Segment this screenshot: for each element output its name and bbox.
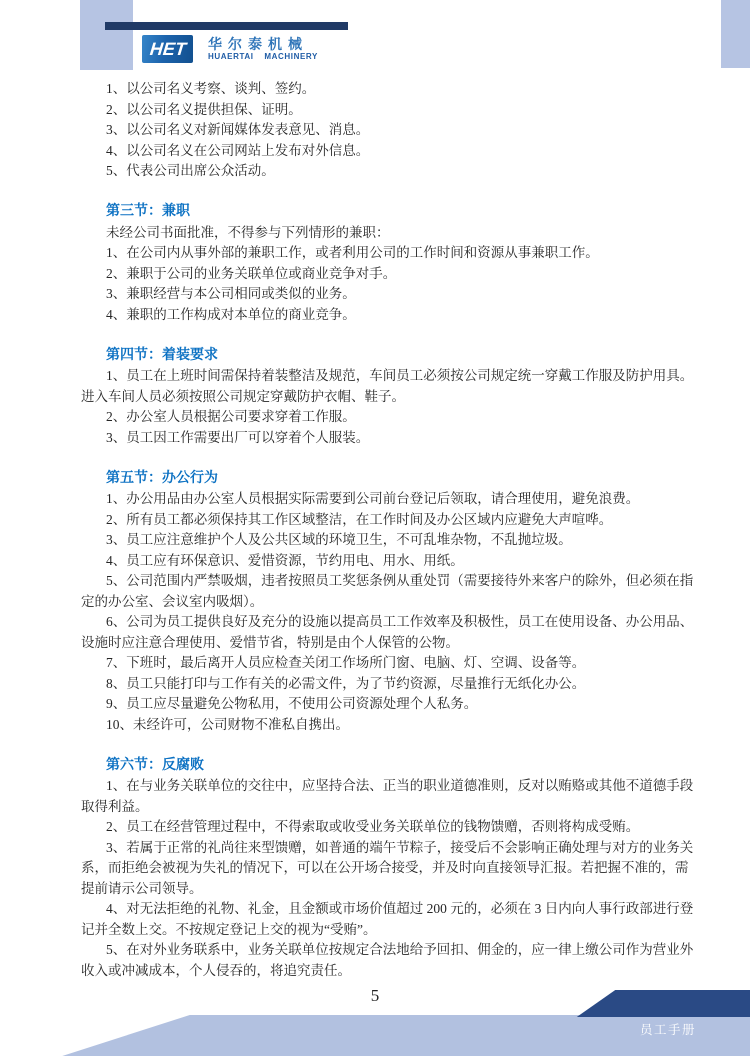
list-item: 3、以公司名义对新闻媒体发表意见、消息。: [81, 120, 701, 141]
paragraph: 3、兼职经营与本公司相同或类似的业务。: [81, 284, 701, 305]
paragraph: 4、兼职的工作构成对本单位的商业竞争。: [81, 305, 701, 326]
paragraph: 4、对无法拒绝的礼物、礼金，且金额或市场价值超过 200 元的，必须在 3 日内…: [81, 899, 701, 940]
section-heading: 第三节：兼职: [81, 202, 701, 223]
list-item: 5、代表公司出席公众活动。: [81, 161, 701, 182]
footer-label: 员工手册: [640, 1023, 696, 1037]
top-left-accent-block: [80, 0, 133, 70]
document-page: HET 华尔泰机械 HUAERTAI MACHINERY 1、以公司名义考察、谈…: [0, 0, 750, 1056]
paragraph: 1、在公司内从事外部的兼职工作，或者利用公司的工作时间和资源从事兼职工作。: [81, 243, 701, 264]
paragraph: 3、若属于正常的礼尚往来型馈赠，如普通的端午节粽子，接受后不会影响正确处理与对方…: [81, 838, 701, 900]
paragraph: 6、公司为员工提供良好及充分的设施以提高员工工作效率及积极性，员工在使用设备、办…: [81, 612, 701, 653]
paragraph: 1、员工在上班时间需保持着装整洁及规范，车间员工必须按公司规定统一穿戴工作服及防…: [81, 366, 701, 407]
section-heading: 第四节：着装要求: [81, 346, 701, 367]
paragraph: 未经公司书面批准，不得参与下列情形的兼职：: [81, 223, 701, 244]
paragraph: 8、员工只能打印与工作有关的必需文件，为了节约资源，尽量推行无纸化办公。: [81, 674, 701, 695]
paragraph: 9、员工应尽量避免公物私用，不使用公司资源处理个人私务。: [81, 694, 701, 715]
paragraph: 1、在与业务关联单位的交往中，应坚持合法、正当的职业道德准则，反对以贿赂或其他不…: [81, 776, 701, 817]
paragraph: 2、兼职于公司的业务关联单位或商业竞争对手。: [81, 264, 701, 285]
list-item: 1、以公司名义考察、谈判、签约。: [81, 79, 701, 100]
paragraph: 1、办公用品由办公室人员根据实际需要到公司前台登记后领取，请合理使用，避免浪费。: [81, 489, 701, 510]
header-rule-bar: [105, 22, 348, 30]
paragraph: 7、下班时，最后离开人员应检查关闭工作场所门窗、电脑、灯、空调、设备等。: [81, 653, 701, 674]
paragraph: 3、员工因工作需要出厂可以穿着个人服装。: [81, 428, 701, 449]
paragraph: 3、员工应注意维护个人及公共区域的环境卫生，不可乱堆杂物，不乱抛垃圾。: [81, 530, 701, 551]
company-name-en: HUAERTAI MACHINERY: [208, 52, 318, 62]
footer-band: [0, 1015, 750, 1056]
paragraph: 10、未经许可，公司财物不准私自携出。: [81, 715, 701, 736]
section-heading: 第六节：反腐败: [81, 756, 701, 777]
section-heading: 第五节：办公行为: [81, 469, 701, 490]
top-right-accent-block: [721, 0, 750, 68]
paragraph: 2、办公室人员根据公司要求穿着工作服。: [81, 407, 701, 428]
list-item: 4、以公司名义在公司网站上发布对外信息。: [81, 141, 701, 162]
document-content: 1、以公司名义考察、谈判、签约。2、以公司名义提供担保、证明。3、以公司名义对新…: [81, 79, 701, 981]
paragraph: 5、公司范围内严禁吸烟，违者按照员工奖惩条例从重处罚（需要接待外来客户的除外，但…: [81, 571, 701, 612]
company-logo: HET: [142, 35, 193, 63]
paragraph: 4、员工应有环保意识、爱惜资源，节约用电、用水、用纸。: [81, 551, 701, 572]
company-logo-text: HET: [149, 40, 187, 58]
paragraph: 2、员工在经营管理过程中，不得索取或收受业务关联单位的钱物馈赠，否则将构成受贿。: [81, 817, 701, 838]
company-name-zh: 华尔泰机械: [208, 36, 308, 52]
paragraph: 5、在对外业务联系中，业务关联单位按规定合法地给予回扣、佣金的，应一律上缴公司作…: [81, 940, 701, 981]
list-item: 2、以公司名义提供担保、证明。: [81, 100, 701, 121]
paragraph: 2、所有员工都必须保持其工作区域整洁，在工作时间及办公区域内应避免大声喧哗。: [81, 510, 701, 531]
